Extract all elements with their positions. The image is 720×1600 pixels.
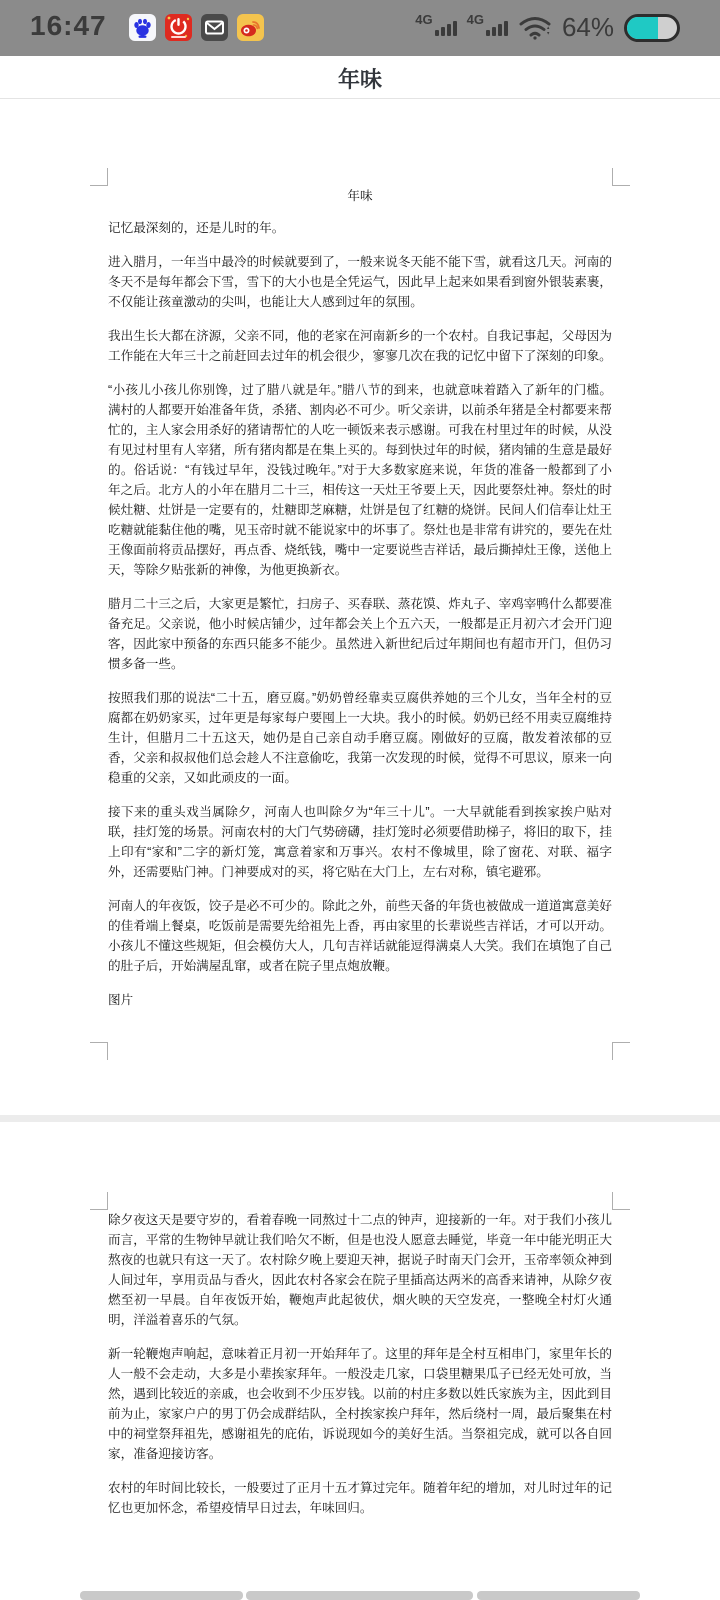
document-title: 年味 <box>108 186 612 206</box>
paragraph: 新一轮鞭炮声响起，意味着正月初一开始拜年了。这里的拜年是全村互相串门，家里年长的… <box>108 1344 612 1464</box>
document-page-2: 除夕夜这天是要守岁的，看着春晚一同熬过十二点的钟声，迎接新的一年。对于我们小孩儿… <box>0 1122 720 1600</box>
notification-icons <box>129 14 264 41</box>
paragraph: “小孩儿小孩儿你别馋，过了腊八就是年。”腊八节的到来，也就意味着踏入了新年的门槛… <box>108 380 612 580</box>
toolbar-handle[interactable] <box>477 1591 640 1600</box>
document-page-1: 年味 记忆最深刻的，还是儿时的年。 进入腊月，一年当中最冷的时候就要到了，一般来… <box>0 99 720 1115</box>
battery-percent-text: 64% <box>562 12 614 43</box>
network-type-label: 4G <box>415 12 432 27</box>
document-scroll-area[interactable]: 年味 记忆最深刻的，还是儿时的年。 进入腊月，一年当中最冷的时候就要到了，一般来… <box>0 99 720 1600</box>
paragraph: 进入腊月，一年当中最冷的时候就要到了，一般来说冬天能不能下雪，就看这几天。河南的… <box>108 252 612 312</box>
toolbar-handle[interactable] <box>246 1591 473 1600</box>
page-corner-mark <box>90 1192 108 1210</box>
weibo-icon <box>237 14 264 41</box>
festive-red-app-icon <box>165 14 192 41</box>
bottom-toolbar-peek <box>0 1591 720 1600</box>
status-indicators: 4G 4G 64% <box>415 12 680 43</box>
toolbar-handle[interactable] <box>80 1591 243 1600</box>
paragraph: 记忆最深刻的，还是儿时的年。 <box>108 218 612 238</box>
paragraph: 我出生长大都在济源，父亲不同，他的老家在河南新乡的一个农村。自我记事起，父母因为… <box>108 326 612 366</box>
page-corner-mark <box>90 168 108 186</box>
page-1-content: 年味 记忆最深刻的，还是儿时的年。 进入腊月，一年当中最冷的时候就要到了，一般来… <box>108 186 612 1010</box>
clock-text: 16:47 <box>30 10 107 42</box>
page-2-content: 除夕夜这天是要守岁的，看着春晚一同熬过十二点的钟声，迎接新的一年。对于我们小孩儿… <box>108 1210 612 1518</box>
page-corner-mark <box>612 168 630 186</box>
page-title: 年味 <box>0 63 720 94</box>
paragraph: 农村的年时间比较长，一般要过了正月十五才算过完年。随着年纪的增加，对儿时过年的记… <box>108 1478 612 1518</box>
signal-bars-icon <box>435 21 457 36</box>
title-bar: 年味 <box>0 56 720 99</box>
paragraph: 按照我们那的说法“二十五，磨豆腐。”奶奶曾经靠卖豆腐供养她的三个儿女，当年全村的… <box>108 688 612 788</box>
wifi-icon <box>518 15 552 41</box>
battery-icon <box>624 14 680 42</box>
image-placeholder-text: 图片 <box>108 990 612 1010</box>
paragraph: 腊月二十三之后，大家更是繁忙，扫房子、买春联、蒸花馍、炸丸子、宰鸡宰鸭什么都要准… <box>108 594 612 674</box>
page-corner-mark <box>90 1042 108 1060</box>
signal-sim1: 4G <box>415 19 456 36</box>
signal-bars-icon <box>486 21 508 36</box>
paragraph: 河南人的年夜饭，饺子是必不可少的。除此之外，前些天备的年货也被做成一道道寓意美好… <box>108 896 612 976</box>
mail-icon <box>201 14 228 41</box>
status-bar: 16:47 <box>0 0 720 56</box>
page-corner-mark <box>612 1042 630 1060</box>
phone-screen: 16:47 <box>0 0 720 1600</box>
page-corner-mark <box>612 1192 630 1210</box>
signal-sim2: 4G <box>467 19 508 36</box>
paragraph: 除夕夜这天是要守岁的，看着春晚一同熬过十二点的钟声，迎接新的一年。对于我们小孩儿… <box>108 1210 612 1330</box>
paragraph: 接下来的重头戏当属除夕，河南人也叫除夕为“年三十儿”。一大早就能看到挨家挨户贴对… <box>108 802 612 882</box>
network-type-label: 4G <box>467 12 484 27</box>
baidu-icon <box>129 14 156 41</box>
